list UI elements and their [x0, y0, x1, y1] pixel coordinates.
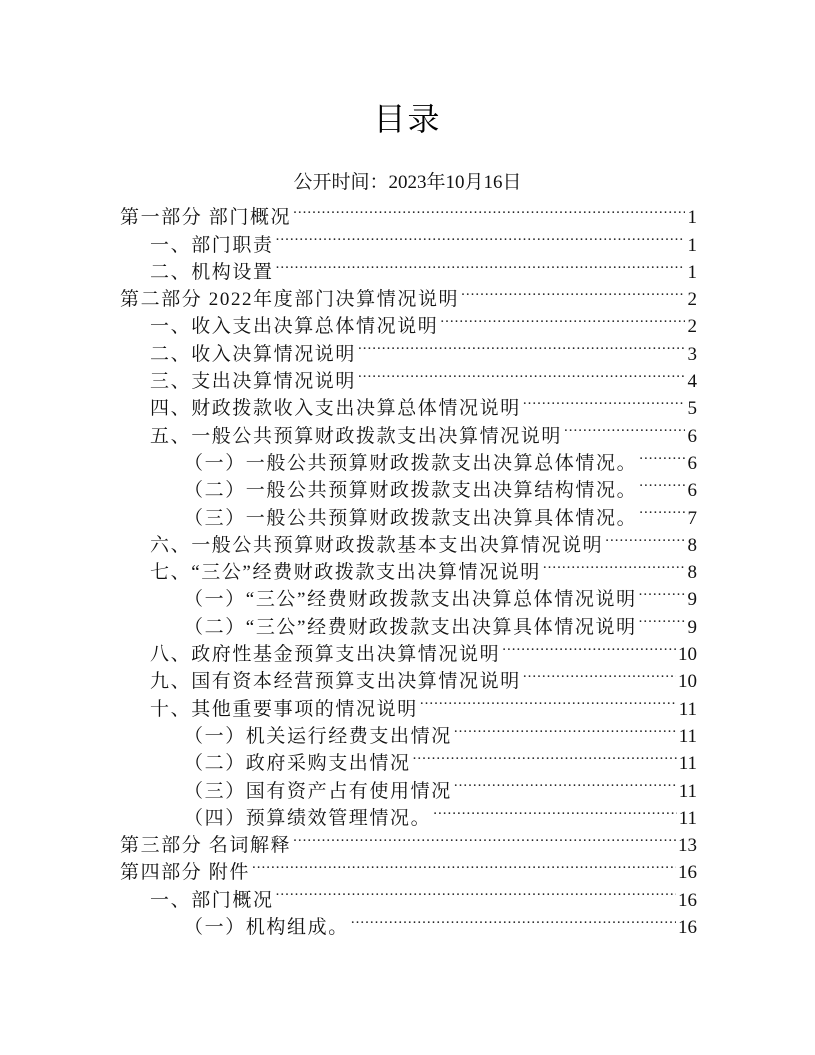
toc-entry-label: 第二部分 2022年度部门决算情况说明 — [120, 286, 459, 313]
toc-page-number: 16 — [678, 914, 697, 941]
toc-page-number: 1 — [687, 259, 697, 286]
toc-page-number: 10 — [678, 641, 697, 668]
toc-page-number: 6 — [687, 450, 697, 477]
toc-page-number: 13 — [678, 832, 697, 859]
toc-entry-label: 一、部门职责 — [150, 232, 274, 259]
dot-leader — [639, 605, 685, 632]
dot-leader — [276, 223, 685, 250]
toc-entry[interactable]: 第一部分 部门概况1 — [120, 196, 697, 223]
toc-entry-label: 第一部分 部门概况 — [120, 204, 291, 231]
toc-entry-label: （二）政府采购支出情况 — [184, 750, 411, 777]
dot-leader — [639, 442, 685, 469]
dot-leader — [639, 578, 685, 605]
dot-leader — [605, 524, 685, 551]
dot-leader — [358, 332, 685, 359]
toc-entry-label: 二、收入决算情况说明 — [150, 341, 356, 368]
toc-page-number: 4 — [687, 368, 697, 395]
toc-entry-label: 四、财政拨款收入支出决算总体情况说明 — [150, 395, 521, 422]
toc-page-number: 1 — [687, 204, 697, 231]
toc-page-number: 9 — [687, 614, 697, 641]
dot-leader — [639, 469, 685, 496]
dot-leader — [523, 660, 676, 687]
dot-leader — [358, 360, 685, 387]
dot-leader — [276, 878, 676, 905]
toc-entry-label: （一）“三公”经费财政拨款支出决算总体情况说明 — [184, 586, 637, 613]
toc-page-number: 11 — [679, 723, 697, 750]
toc-page-number: 11 — [679, 805, 697, 832]
publish-date: 公开时间：2023年10月16日 — [0, 167, 815, 194]
dot-leader — [293, 824, 676, 851]
toc-entry-label: 七、“三公”经费财政拨款支出决算情况说明 — [150, 559, 541, 586]
toc-page-number: 16 — [678, 859, 697, 886]
toc-entry-label: 二、机构设置 — [150, 259, 274, 286]
toc-entry-label: （三）一般公共预算财政拨款支出决算具体情况。 — [184, 505, 637, 532]
toc-entry-label: 八、政府性基金预算支出决算情况说明 — [150, 641, 500, 668]
toc-entry-label: 十、其他重要事项的情况说明 — [150, 696, 418, 723]
toc-entry-label: 三、支出决算情况说明 — [150, 368, 356, 395]
toc-page-number: 3 — [687, 341, 697, 368]
page-title: 目录 — [0, 94, 815, 140]
dot-leader — [420, 687, 677, 714]
toc-page-number: 5 — [687, 395, 697, 422]
toc-page-number: 10 — [678, 668, 697, 695]
toc-page-number: 6 — [687, 477, 697, 504]
document-page: 目录 公开时间：2023年10月16日 第一部分 部门概况1 一、部门职责1 二… — [0, 0, 815, 1055]
dot-leader — [351, 906, 676, 933]
toc-page-number: 6 — [687, 423, 697, 450]
toc-page-number: 1 — [687, 232, 697, 259]
toc-entry-label: （三）国有资产占有使用情况 — [184, 778, 452, 805]
toc-entry-label: （一）机构组成。 — [184, 914, 349, 941]
toc-page-number: 16 — [678, 887, 697, 914]
toc-page-number: 9 — [687, 586, 697, 613]
toc-page-number: 7 — [687, 505, 697, 532]
dot-leader — [252, 851, 676, 878]
dot-leader — [523, 387, 685, 414]
dot-leader — [413, 742, 677, 769]
dot-leader — [502, 633, 676, 660]
toc-page-number: 11 — [679, 778, 697, 805]
dot-leader — [564, 414, 685, 441]
dot-leader — [433, 797, 677, 824]
toc-page-number: 8 — [687, 532, 697, 559]
toc-entry-label: 五、一般公共预算财政拨款支出决算情况说明 — [150, 423, 562, 450]
toc-page-number: 11 — [679, 696, 697, 723]
toc-entry-label: （一）一般公共预算财政拨款支出决算总体情况。 — [184, 450, 637, 477]
toc-page-number: 11 — [679, 750, 697, 777]
toc-page-number: 8 — [687, 559, 697, 586]
dot-leader — [440, 305, 685, 332]
toc-entry-label: （二）一般公共预算财政拨款支出决算结构情况。 — [184, 477, 637, 504]
dot-leader — [461, 278, 685, 305]
toc-entry-label: 第四部分 附件 — [120, 859, 250, 886]
toc-page-number: 2 — [687, 286, 697, 313]
dot-leader — [543, 551, 685, 578]
table-of-contents: 第一部分 部门概况1 一、部门职责1 二、机构设置1 第二部分 2022年度部门… — [120, 196, 697, 933]
toc-entry-label: 六、一般公共预算财政拨款基本支出决算情况说明 — [150, 532, 603, 559]
toc-page-number: 2 — [687, 313, 697, 340]
toc-entry-label: 一、部门概况 — [150, 887, 274, 914]
dot-leader — [276, 251, 685, 278]
dot-leader — [454, 769, 677, 796]
dot-leader — [639, 496, 685, 523]
dot-leader — [293, 196, 685, 223]
dot-leader — [454, 715, 677, 742]
